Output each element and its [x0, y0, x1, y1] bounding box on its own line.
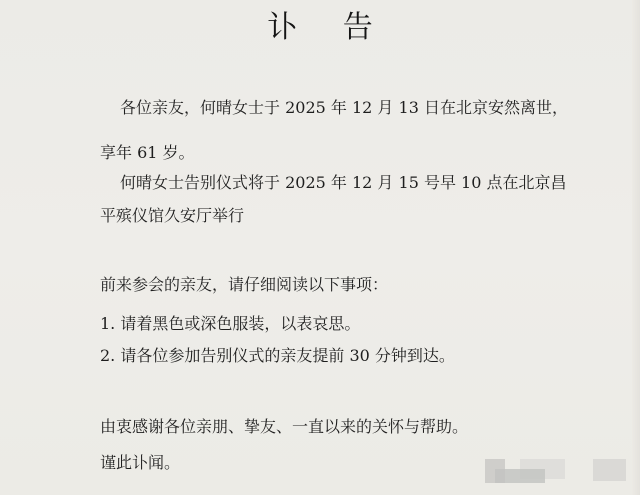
ceremony-line-2: 平殡仪馆久安厅举行 — [100, 205, 244, 227]
notice-item-1: 1. 请着黑色或深色服装，以表哀思。 — [100, 313, 360, 335]
ceremony-line-1: 何晴女士告别仪式将于 2025 年 12 月 15 号早 10 点在北京昌 — [120, 172, 567, 194]
watermark-block — [495, 469, 545, 483]
notice-intro: 前来参会的亲友，请仔细阅读以下事项： — [100, 274, 388, 296]
document-page: 讣 告 各位亲友，何晴女士于 2025 年 12 月 13 日在北京安然离世， … — [0, 0, 640, 495]
watermark-block — [593, 459, 626, 481]
announcement-line-1: 各位亲友，何晴女士于 2025 年 12 月 13 日在北京安然离世， — [120, 97, 568, 119]
document-title: 讣 告 — [0, 8, 640, 48]
blurred-watermark — [480, 456, 630, 486]
thanks-line: 由衷感谢各位亲朋、挚友、一直以来的关怀与帮助。 — [100, 416, 468, 438]
announcement-line-2: 享年 61 岁。 — [100, 142, 195, 164]
page-edge — [632, 0, 640, 495]
closing-line: 谨此讣闻。 — [100, 452, 180, 474]
notice-item-2: 2. 请各位参加告别仪式的亲友提前 30 分钟到达。 — [100, 345, 455, 367]
